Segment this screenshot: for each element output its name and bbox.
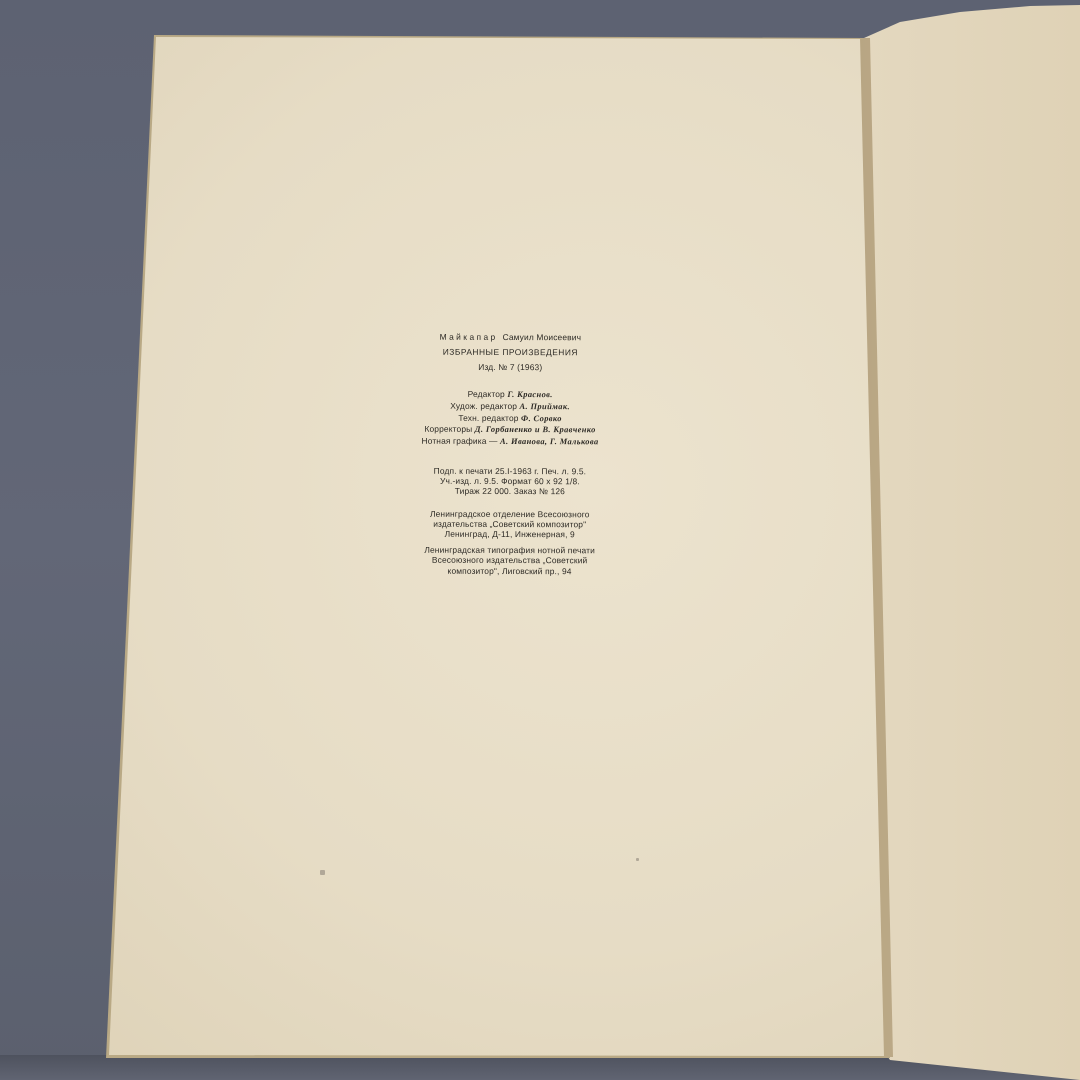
printer-line: композитор", Лиговский пр., 94 <box>360 565 660 576</box>
credit-proofreaders: Корректоры Д. Горбаненко и В. Кравченко <box>360 424 660 437</box>
credit-music-engraving: Нотная графика — А. Иванова, Г. Малькова <box>360 436 660 449</box>
credit-tech-editor: Техн. редактор Ф. Сорвко <box>360 412 660 425</box>
printer-block: Ленинградская типография нотной печати В… <box>360 545 660 577</box>
credit-role: Корректоры <box>424 424 472 434</box>
credit-art-editor: Худож. редактор А. Приймак. <box>360 400 660 413</box>
edition-number: Изд. № 7 (1963) <box>360 361 660 373</box>
credit-name: Д. Горбаненко и В. Кравченко <box>475 425 596 434</box>
colophon-imprint: Майкапар Самуил Моисеевич ИЗБРАННЫЕ ПРОИ… <box>360 331 661 576</box>
credit-role: Техн. редактор <box>458 412 518 422</box>
author-line: Майкапар Самуил Моисеевич <box>360 331 660 343</box>
credits-block: Редактор Г. Краснов. Худож. редактор А. … <box>360 388 660 448</box>
paper-speck <box>636 858 639 861</box>
credit-editor: Редактор Г. Краснов. <box>360 388 660 401</box>
author-surname: Майкапар <box>440 332 498 342</box>
paper-speck <box>320 870 325 875</box>
work-title: ИЗБРАННЫЕ ПРОИЗВЕДЕНИЯ <box>360 346 660 358</box>
author-given-names: Самуил Моисеевич <box>503 332 582 342</box>
credit-role: Нотная графика — <box>421 436 497 446</box>
credit-name: А. Иванова, Г. Малькова <box>500 437 599 446</box>
credit-name: Ф. Сорвко <box>521 414 562 423</box>
print-data-block: Подп. к печати 25.I-1963 г. Печ. л. 9.5.… <box>360 465 660 497</box>
publisher-block: Ленинградское отделение Всесоюзного изда… <box>360 508 660 540</box>
publisher-line: Ленинград, Д-11, Инженерная, 9 <box>360 528 660 539</box>
credit-role: Худож. редактор <box>450 401 517 411</box>
credit-name: Г. Краснов. <box>507 390 552 399</box>
credit-role: Редактор <box>468 389 505 399</box>
credit-name: А. Приймак. <box>520 402 570 411</box>
print-data-line: Тираж 22 000. Заказ № 126 <box>360 486 660 497</box>
